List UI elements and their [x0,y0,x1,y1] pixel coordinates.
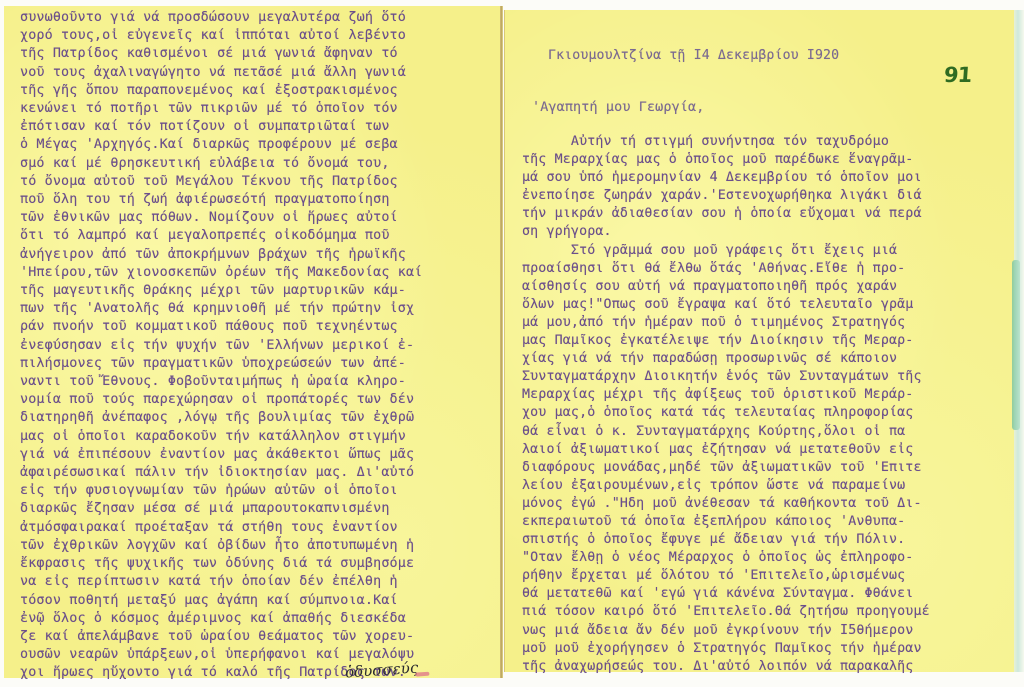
text-line: τῶν ἐχθρικῶν λογχῶν καί ὀβίδων ἦτο ἀποτυ… [20,537,422,555]
text-line: τῆς ἀναχωρήσεώς του. Δι'αὐτό λοιπόν νά π… [522,658,930,676]
text-line: τόσον ποθητή μεταξύ μας ἀγάπη καί σύμπνο… [20,592,422,610]
text-line: ὁ Μέγας 'Αρχηγός.Καί διαρκῶς προφέρουν μ… [20,136,422,154]
left-page-text: συνωθοῦντο γιά νά προσδώσουν μεγαλυτέρα … [20,9,422,683]
text-line: ὅλων μας!"Οπως σοῦ ἔγραψα καί ὅτό τελευτ… [522,296,930,314]
text-line: χίας γιά νά τήν παραδώσῃ προσωρινῶς σέ κ… [522,350,930,368]
text-line: να εἰς περίπτωσιν κατά τήν ὁποίαν δέν ἐπ… [20,573,422,591]
text-line: τῆς μαγευτικῆς Θράκης μέχρι τῶν μαρτυρικ… [20,282,422,300]
text-line: προαίσθησι ὅτι θά ἔλθω ὅτάς 'Αθήνας.Εἴθε… [522,260,930,278]
text-line: σμό καί μέ θρησκευτική εὐλάβεια τό ὄνομά… [20,155,422,173]
text-line: συνωθοῦντο γιά νά προσδώσουν μεγαλυτέρα … [20,9,422,27]
text-line: μόνος ἐγώ ."Ηδη μοῦ ἀνέθεσαν τά καθήκοντ… [522,495,930,513]
text-line: σπιστής ὁ ὁποῖος ἔφυγε μέ ἄδειαν γιά τήν… [522,531,930,549]
text-line: νοῦ τους ἀχαλιναγώγητο νά πετᾶσέ μιά ἄλλ… [20,64,422,82]
text-line: ἐνεφύσησαν εἰς τήν ψυχήν τῶν 'Ελλήνων με… [20,337,422,355]
text-line: τήν μικράν ἀδιαθεσίαν σου ἡ ὁποία εὔχομα… [522,205,930,223]
text-line: ὅτι τό λαμπρό καί μεγαλοπρεπές οἰκοδόμημ… [20,227,422,245]
text-line: μά μου,ἀπό τήν ἡμέραν ποῦ ὁ τιμημένος Στ… [522,314,930,332]
text-line: χορό τους,οἱ εὐγενεῖς καί ἱππόται αὐτοί … [20,27,422,45]
text-line: μας Παμῖκος ἐγκατέλειψε τήν Διοίκησιν τῆ… [522,332,930,350]
text-line: μας οἱ ὁποῖοι καραδοκοῦν τήν κατάλληλον … [20,428,422,446]
text-line: πιά τόσον καιρό ὅτό 'Επιτελεῖο.Θά ζητήσω… [522,603,930,621]
text-line: πων τῆς 'Ανατολῆς θά κρημνιοθῆ μέ τήν πρ… [20,300,422,318]
text-line: ζε καί ἀπελάμβανε τοῦ ὡραίου θεάματος τῶ… [20,628,422,646]
text-line: Αὐτήν τή στιγμή συνήντησα τόν ταχυδρόμο [522,133,930,151]
page-fold [500,6,503,678]
text-line: κενώνει τό ποτῆρι τῶν πικριῶν μέ τό ὁποῖ… [20,100,422,118]
letter-date-line: Γκιουμουλτζίνα τῇ I4 Δεκεμβρίου I920 [548,47,839,65]
text-line: γιά νά ἐπιπέσουν ἐναντίον μας ἀκάθεκτοι … [20,446,422,464]
text-line: αίσθησίς σου αὐτή νά πραγματοποιηθῆ πρός… [522,278,930,296]
text-line: ἐνῷ ὅλος ὁ κόσμος ἀμέριμνος καί ἀπαθής δ… [20,610,422,628]
text-line: "Οταν ἔλθῃ ὁ νέος Μέραρχος ὁ ὁποῖος ὡς ἐ… [522,549,930,567]
text-line: θά εἶναι ὁ κ. Συνταγματάρχης Κούρτης,ὅλο… [522,423,930,441]
text-line: Μεραρχίας μέχρι τῆς ἀφίξεως τοῦ ὁριστικο… [522,386,930,404]
text-line: νομία ποῦ τούς παρεχώρησαν οἱ προπάτορές… [20,391,422,409]
text-line: 'Ηπείρου,τῶν χιονοσκεπῶν ὀρέων τῆς Μακεδ… [20,264,422,282]
folio-number: 91 [943,63,972,87]
text-line: πιλήσμονες τῶν πραγματικῶν ὑποχρεώσεών τ… [20,355,422,373]
text-line: χου μας,ὁ ὁποῖος κατά τάς τελευταίας πλη… [522,404,930,422]
text-line: ἔκφρασις τῆς ψυχικῆς των ὀδύνης διά τά σ… [20,555,422,573]
text-line: τῆς γῆς ὅπου παραπονεμένος καί ἐξοστρακι… [20,82,422,100]
text-line: ἐνεποίησε ζωηράν χαράν.'Εστενοχωρήθηκα λ… [522,187,930,205]
text-line: τῆς Πατρίδος καθισμένοι σέ μιά γωνιά ἄφη… [20,45,422,63]
text-line: εκπεραιωτοῦ τά ὁποῖα ἐξεπλήρου κάποιος '… [522,513,930,531]
text-line: τό ὄνομα αὐτοῦ τοῦ Μεγάλου Τέκνου τῆς Πα… [20,173,422,191]
text-line: Στό γρᾶμμά σου μοῦ γράφεις ὅτι ἔχεις μιά [522,242,930,260]
binder-tab [1012,260,1020,430]
text-line: λαιοί ἀξιωματικοί μας ἐζήτησαν νά μετατε… [522,441,930,459]
text-line: ναντι τοῦ Ἔθνους. Φοβοῦνταιμήπως ἡ ὡραία… [20,373,422,391]
text-line: ἀνήγειρον ἀπό τῶν ἀποκρήμνων βράχων τῆς … [20,246,422,264]
text-line: διαρκῶς ἔζησαν μέσα σέ μιά μπαρουτοκαπνι… [20,500,422,518]
text-line: μά σου ὑπό ἡμερομηνίαν 4 Δεκεμβρίου τό ὁ… [522,169,930,187]
text-line: μοῦ μοῦ ἐχορήγησεν ὁ Στρατηγός Παμῖκος τ… [522,640,930,658]
right-page-text: Αὐτήν τή στιγμή συνήντησα τόν ταχυδρόμοτ… [522,133,930,676]
text-line: λείου ἐξαιρουμένων,εἰς τρόπον ὥστε νά πα… [522,477,930,495]
text-line: νως μιά ἄδεια ἄν δέν μοῦ ἐγκρίνουν τήν I… [522,622,930,640]
text-line: θά μετατεθῶ καί 'εγώ γιά κάνένα Σύνταγμα… [522,585,930,603]
text-line: διαφόρους μονάδας,μηδέ τῶν ἀξιωματικῶν τ… [522,459,930,477]
text-line: ἀτμόσφαιρακαί προέταξαν τά στήθη τους ἐν… [20,519,422,537]
letter-salutation: 'Αγαπητή μου Γεωργία, [532,99,704,117]
text-line: ρήθην ἔρχεται μέ ὅλότου τό 'Επιτελεῖο,ὡρ… [522,567,930,585]
text-line: διατηρηθῆ ἀνέπαφος ,λόγῳ τῆς βουλιμίας τ… [20,409,422,427]
text-line: ση γρήγορα. [522,223,930,241]
scanned-letter: συνωθοῦντο γιά νά προσδώσουν μεγαλυτέρα … [0,0,1024,687]
text-line: ἀφαιρέσωσικαί πάλιν τήν ἰδιοκτησίαν μας.… [20,464,422,482]
text-line: ράν πνοήν τοῦ κομματικοῦ πάθους ποῦ τεχν… [20,318,422,336]
text-line: ποῦ ὅλη του τή ζωή ἀφιέρωσεότή πραγματοπ… [20,191,422,209]
text-line: εἰς τήν φυσιογνωμίαν τῶν ἡρώων αὐτῶν οἱ … [20,482,422,500]
text-line: τῆς Μεραρχίας μας ὁ ὁποῖος μοῦ παρέδωκε … [522,151,930,169]
text-line: Συνταγματάρχην Διοικητήν ἑνός τῶν Συνταγ… [522,368,930,386]
text-line: τῶν ἐθνικῶν μας πόθων. Νομίζουν οἱ ἥρωες… [20,209,422,227]
text-line: ἐπότισαν καί τόν ποτίζουν οἱ συμπατριῶτα… [20,118,422,136]
